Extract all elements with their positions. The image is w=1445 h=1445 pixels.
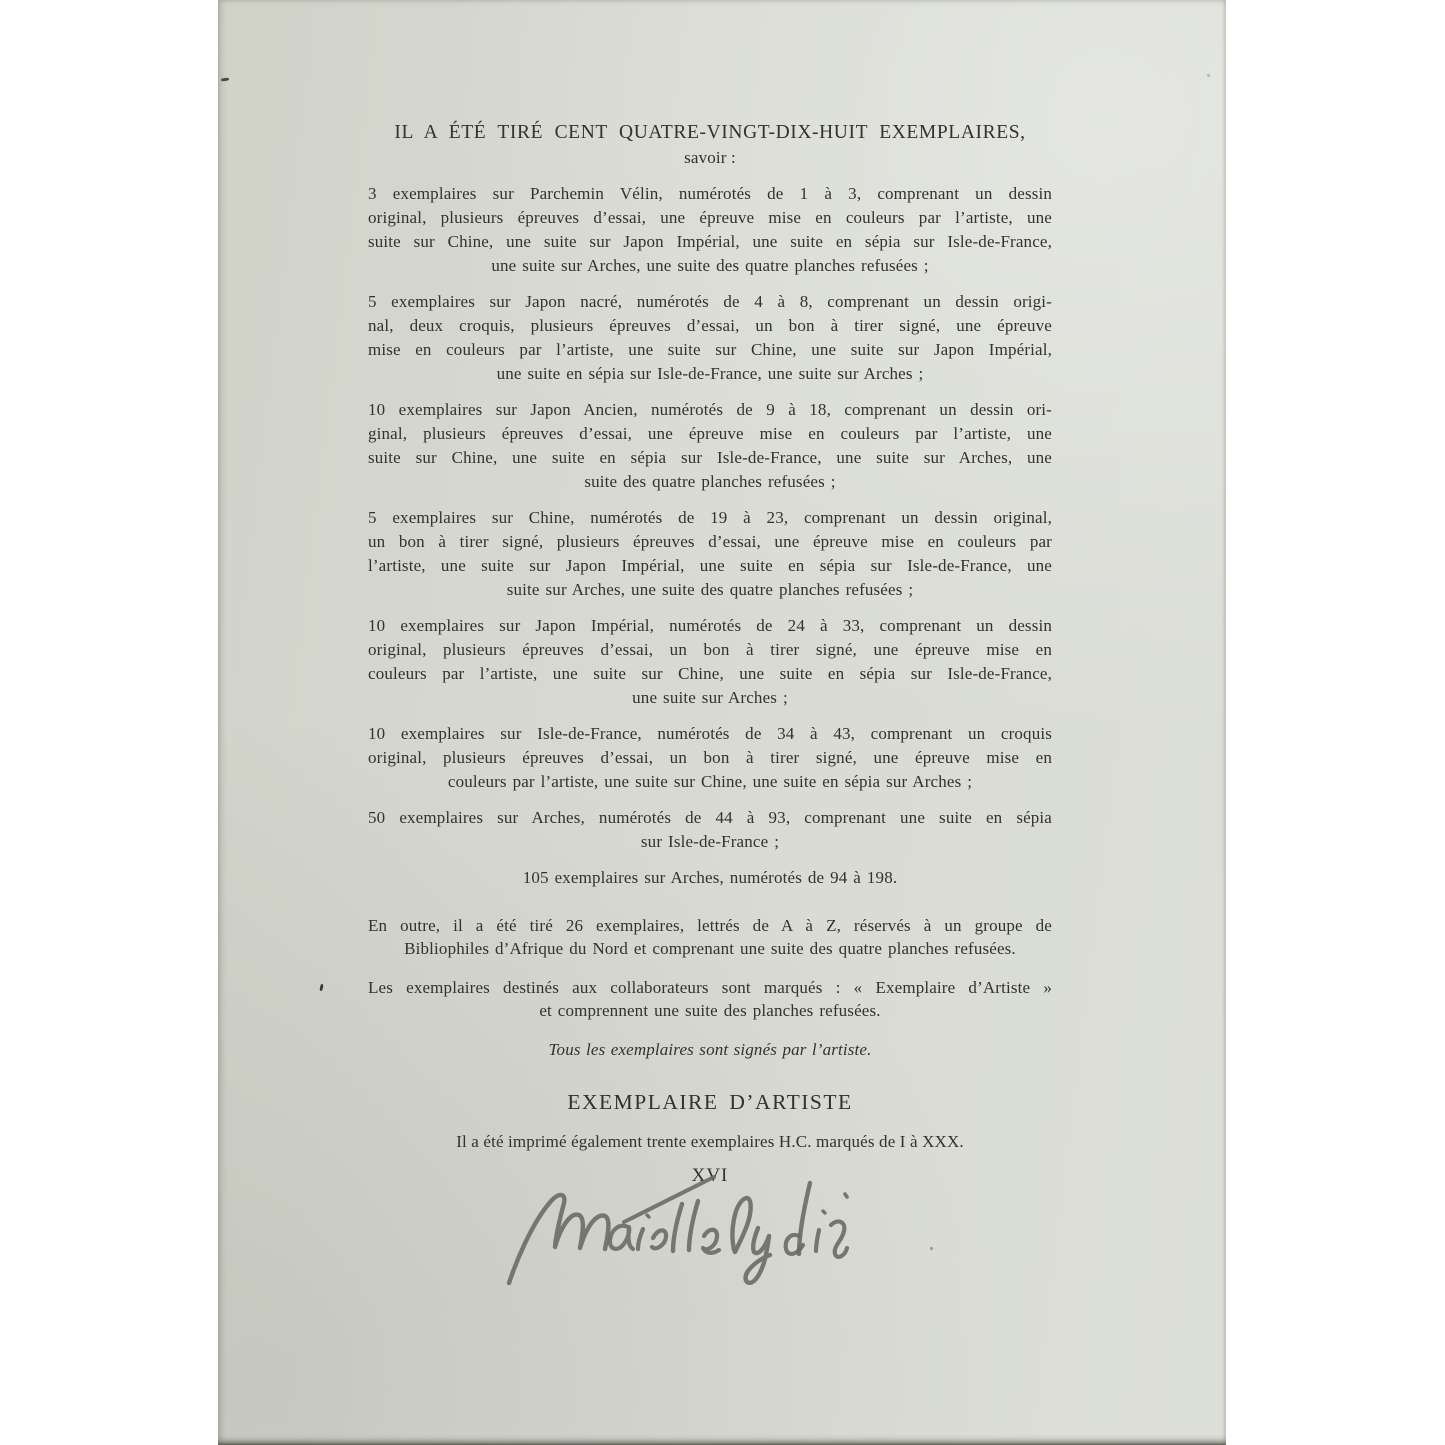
colophon-text-block: IL A ÉTÉ TIRÉ CENT QUATRE-VINGT-DIX-HUIT… xyxy=(368,0,1052,1188)
limitation-paragraph: 3 exemplaires sur Parchemin Vélin, numér… xyxy=(368,182,1052,278)
paper-speck xyxy=(1207,74,1210,77)
note-paragraph: En outre, il a été tiré 26 exemplaires, … xyxy=(368,914,1052,960)
colophon-line: En outre, il a été tiré 26 exemplaires, … xyxy=(368,914,1052,937)
colophon-line: original, plusieurs épreuves d’essai, un… xyxy=(368,638,1052,662)
colophon-line: 5 exemplaires sur Japon nacré, numérotés… xyxy=(368,290,1052,314)
book-page: IL A ÉTÉ TIRÉ CENT QUATRE-VINGT-DIX-HUIT… xyxy=(218,0,1226,1445)
limitation-paragraph: 10 exemplaires sur Japon Ancien, numérot… xyxy=(368,398,1052,494)
colophon-line: 3 exemplaires sur Parchemin Vélin, numér… xyxy=(368,182,1052,206)
colophon-line: 10 exemplaires sur Japon Impérial, numér… xyxy=(368,614,1052,638)
colophon-line: original, plusieurs épreuves d’essai, un… xyxy=(368,746,1052,770)
colophon-line: suite sur Chine, une suite en sépia sur … xyxy=(368,446,1052,470)
limitation-paragraph: 5 exemplaires sur Chine, numérotés de 19… xyxy=(368,506,1052,602)
limitation-paragraph: 10 exemplaires sur Japon Impérial, numér… xyxy=(368,614,1052,710)
limitation-title: IL A ÉTÉ TIRÉ CENT QUATRE-VINGT-DIX-HUIT… xyxy=(368,120,1052,146)
colophon-line: une suite en sépia sur Isle-de-France, u… xyxy=(368,362,1052,386)
colophon-line: 105 exemplaires sur Arches, numérotés de… xyxy=(368,866,1052,890)
colophon-line: Bibliophiles d’Afrique du Nord et compre… xyxy=(368,937,1052,960)
paper-speck xyxy=(930,1247,933,1250)
colophon-line: l’artiste, une suite sur Japon Impérial,… xyxy=(368,554,1052,578)
note-paragraph: Les exemplaires destinés aux collaborate… xyxy=(368,976,1052,1022)
colophon-line: ginal, plusieurs épreuves d’essai, une é… xyxy=(368,422,1052,446)
colophon-line: une suite sur Arches, une suite des quat… xyxy=(368,254,1052,278)
colophon-line: 50 exemplaires sur Arches, numérotés de … xyxy=(368,806,1052,830)
italic-note: Tous les exemplaires sont signés par l’a… xyxy=(368,1038,1052,1061)
colophon-line: 10 exemplaires sur Japon Ancien, numérot… xyxy=(368,398,1052,422)
signature-drawing xyxy=(506,1170,851,1295)
hc-note: Il a été imprimé également trente exempl… xyxy=(368,1130,1052,1154)
colophon-line: un bon à tirer signé, plusieurs épreuves… xyxy=(368,530,1052,554)
colophon-line: suite des quatre planches refusées ; xyxy=(368,470,1052,494)
page-bottom-edge xyxy=(218,1435,1226,1445)
limitation-paragraph: 5 exemplaires sur Japon nacré, numérotés… xyxy=(368,290,1052,386)
photo-background: IL A ÉTÉ TIRÉ CENT QUATRE-VINGT-DIX-HUIT… xyxy=(0,0,1445,1445)
colophon-line: une suite sur Arches ; xyxy=(368,686,1052,710)
colophon-line: 5 exemplaires sur Chine, numérotés de 19… xyxy=(368,506,1052,530)
limitation-paragraph: 105 exemplaires sur Arches, numérotés de… xyxy=(368,866,1052,890)
colophon-line: couleurs par l’artiste, une suite sur Ch… xyxy=(368,662,1052,686)
limitation-subtitle: savoir : xyxy=(368,146,1052,170)
colophon-line: mise en couleurs par l’artiste, une suit… xyxy=(368,338,1052,362)
colophon-line: suite sur Arches, une suite des quatre p… xyxy=(368,578,1052,602)
colophon-line: 10 exemplaires sur Isle-de-France, numér… xyxy=(368,722,1052,746)
colophon-line: et comprennent une suite des planches re… xyxy=(368,999,1052,1022)
colophon-line: suite sur Chine, une suite sur Japon Imp… xyxy=(368,230,1052,254)
colophon-line: Les exemplaires destinés aux collaborate… xyxy=(368,976,1052,999)
artist-signature: mariette lydis xyxy=(506,1170,851,1295)
colophon-line: sur Isle-de-France ; xyxy=(368,830,1052,854)
colophon-line: nal, deux croquis, plusieurs épreuves d’… xyxy=(368,314,1052,338)
colophon-line: couleurs par l’artiste, une suite sur Ch… xyxy=(368,770,1052,794)
artist-copy-heading: EXEMPLAIRE D’ARTISTE xyxy=(368,1087,1052,1117)
colophon-line: original, plusieurs épreuves d’essai, un… xyxy=(368,206,1052,230)
limitation-paragraph: 50 exemplaires sur Arches, numérotés de … xyxy=(368,806,1052,854)
limitation-paragraph: 10 exemplaires sur Isle-de-France, numér… xyxy=(368,722,1052,794)
